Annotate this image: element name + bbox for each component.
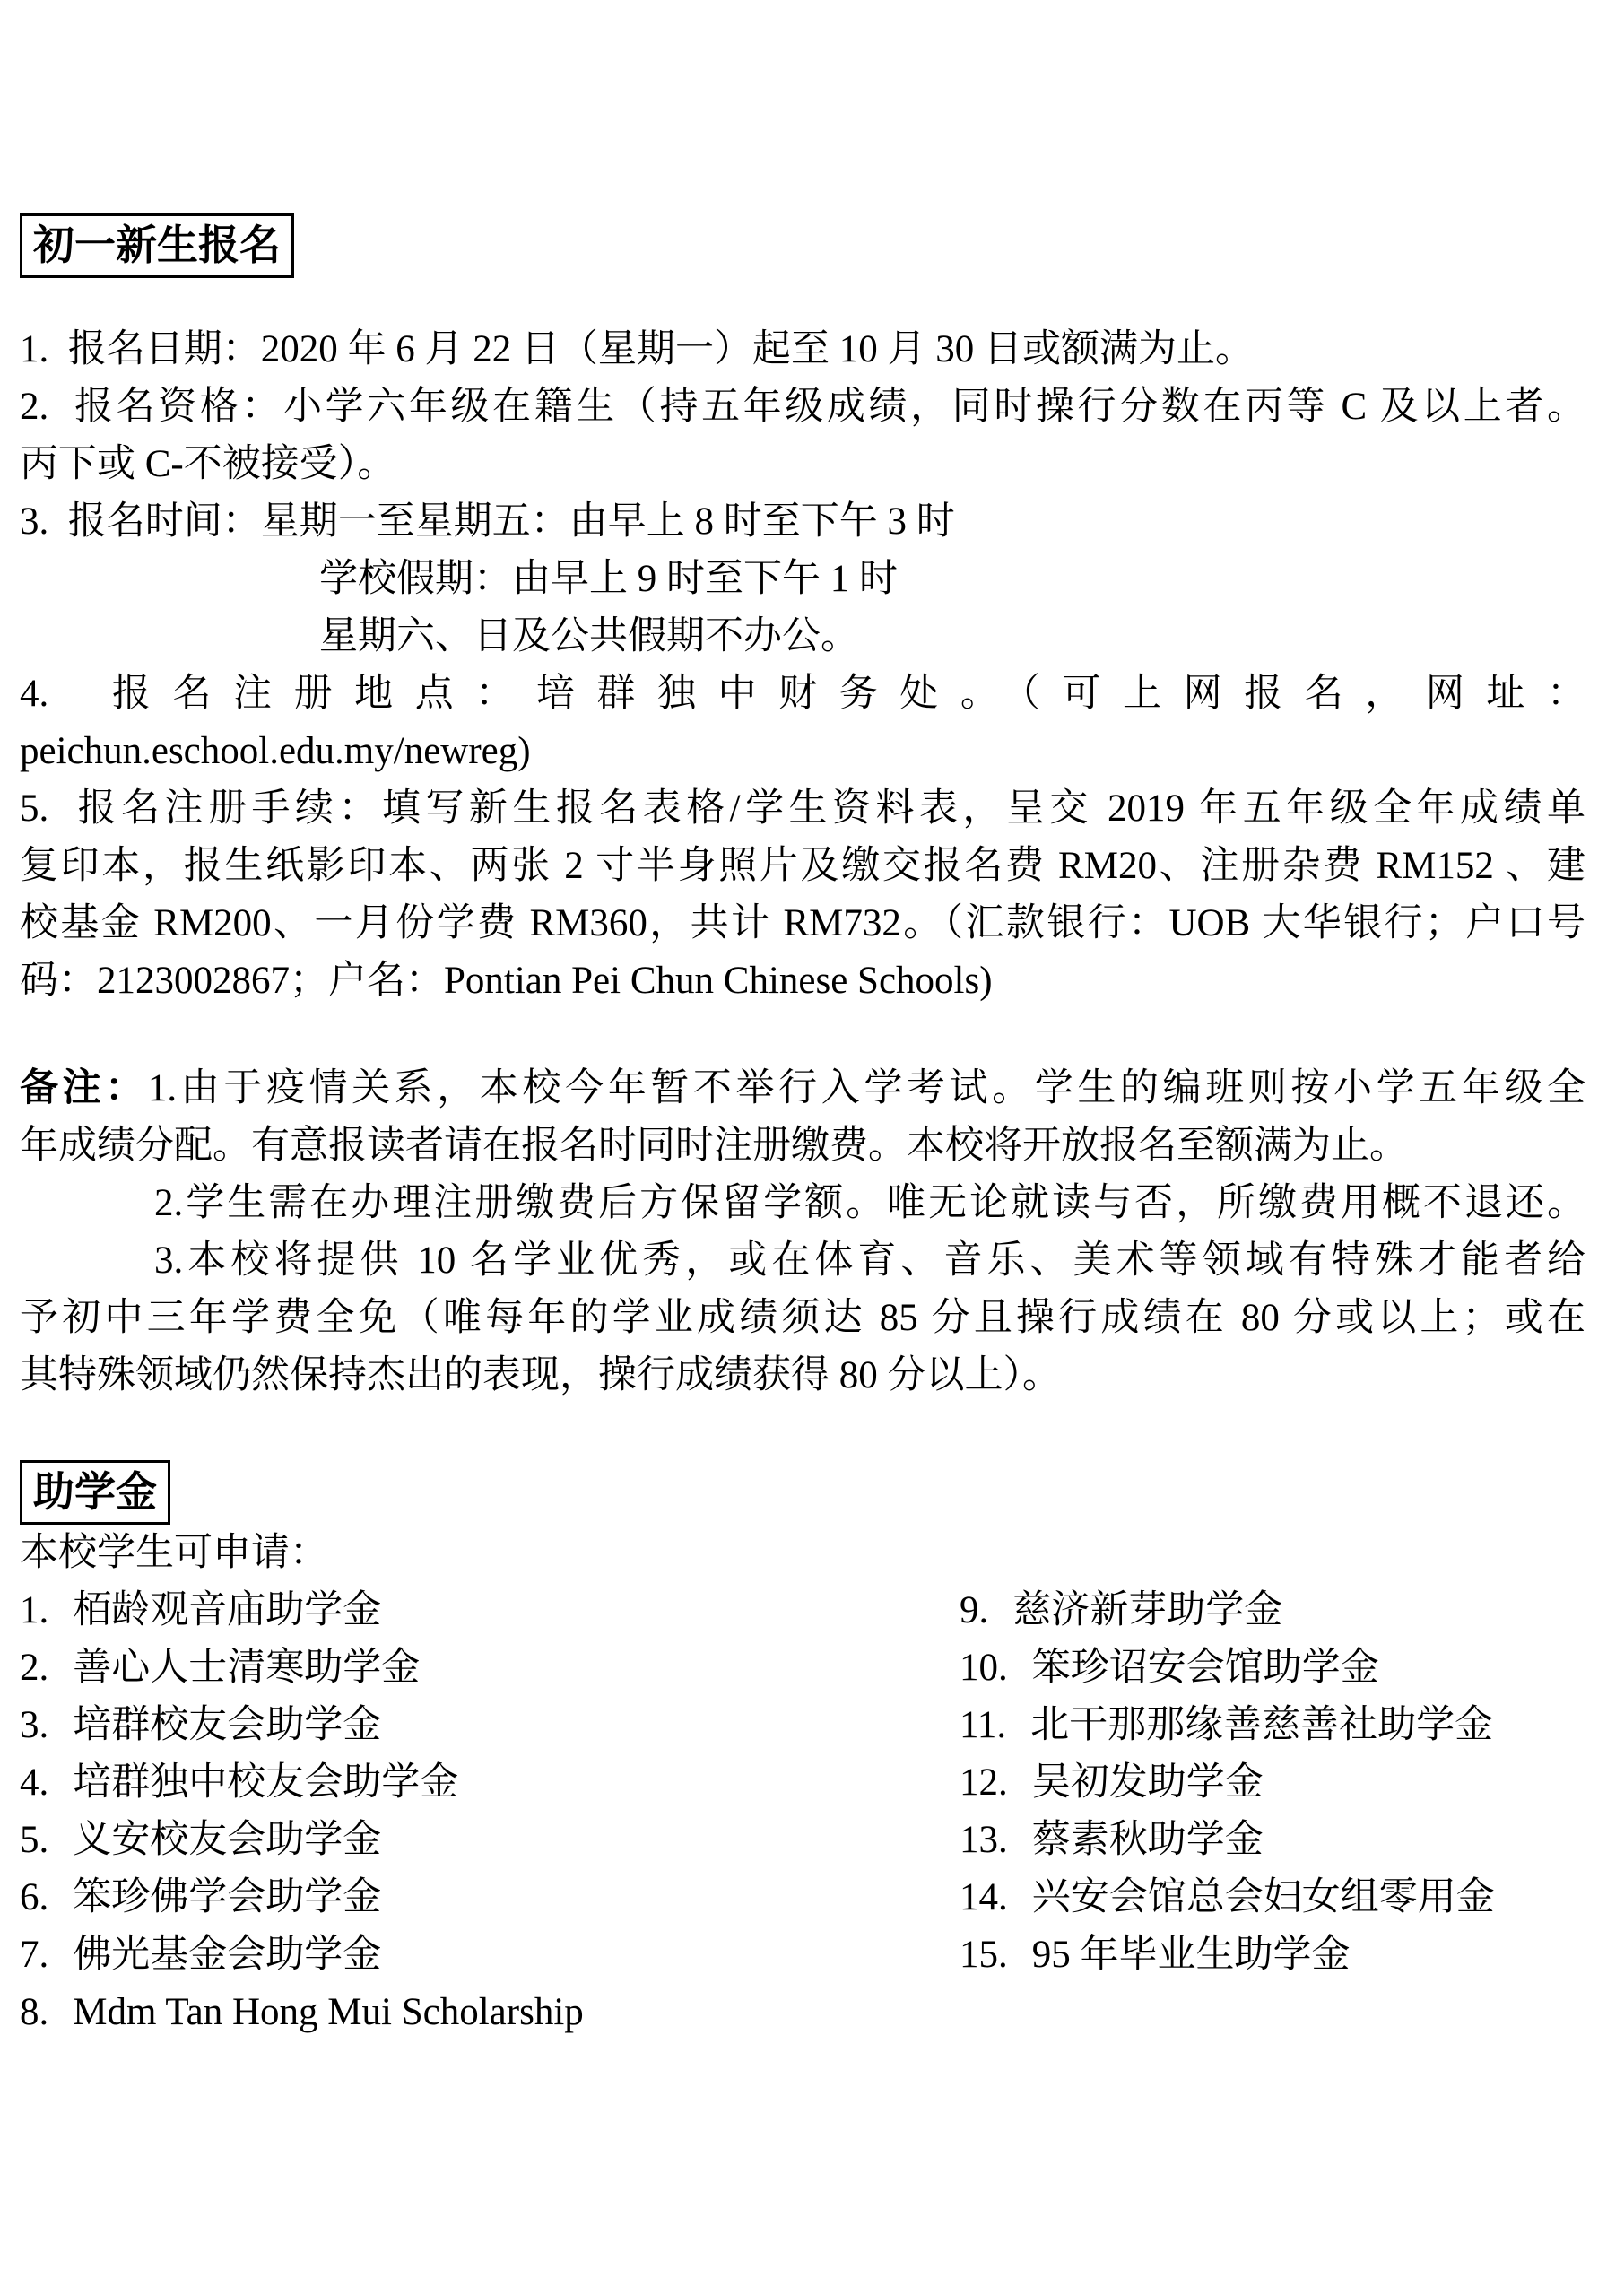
list-item-label: 慈济新芽助学金 — [1012, 1582, 1282, 1639]
list-item-label: Mdm Tan Hong Mui Scholarship — [73, 1984, 584, 2041]
list-item-label: 吴初发助学金 — [1032, 1754, 1264, 1812]
reg-line-1: 1. 报名日期：2020 年 6 月 22 日（星期一）起至 10 月 30 日… — [20, 321, 1585, 378]
list-item: 15.95 年毕业生助学金 — [960, 1926, 1585, 1984]
scholarship-list: 1.栢龄观音庙助学金 2.善心人士清寒助学金 3.培群校友会助学金 4.培群独中… — [20, 1582, 1585, 2041]
list-item: 13.蔡素秋助学金 — [960, 1812, 1585, 1869]
list-item-number: 7. — [20, 1926, 48, 1984]
list-item: 2.善心人士清寒助学金 — [20, 1639, 960, 1697]
list-item: 9.慈济新芽助学金 — [960, 1582, 1585, 1639]
remarks-section: 备注：1.由于疫情关系，本校今年暂不举行入学考试。学生的编班则按小学五年级全 年… — [20, 1060, 1585, 1405]
reg-line-5: 学校假期：由早上 9 时至下午 1 时 — [20, 551, 1585, 608]
reg-line-10: 复印本，报生纸影印本、两张 2 寸半身照片及缴交报名费 RM20、注册杂费 RM… — [20, 838, 1585, 895]
list-item-number: 6. — [20, 1869, 48, 1926]
list-item: 6.笨珍佛学会助学金 — [20, 1869, 960, 1926]
list-item-label: 佛光基金会助学金 — [73, 1926, 381, 1984]
list-item-label: 笨珍佛学会助学金 — [73, 1869, 381, 1926]
list-item-number: 4. — [20, 1754, 48, 1812]
list-item-label: 善心人士清寒助学金 — [73, 1639, 420, 1697]
list-item: 3.培群校友会助学金 — [20, 1697, 960, 1754]
note-line-5: 予初中三年学费全免（唯每年的学业成绩须达 85 分且操行成绩在 80 分或以上；… — [20, 1290, 1585, 1347]
note-line-6: 其特殊领域仍然保持杰出的表现，操行成绩获得 80 分以上）。 — [20, 1347, 1585, 1405]
reg-line-12: 码：2123002867；户名：Pontian Pei Chun Chinese… — [20, 952, 1585, 1010]
list-item-label: 培群校友会助学金 — [73, 1697, 381, 1754]
list-item: 11.北干那那缘善慈善社助学金 — [960, 1697, 1585, 1754]
list-item: 14.兴安会馆总会妇女组零用金 — [960, 1869, 1585, 1926]
list-item-label: 蔡素秋助学金 — [1032, 1812, 1264, 1869]
list-item-number: 1. — [20, 1582, 48, 1639]
list-item-label: 兴安会馆总会妇女组零用金 — [1032, 1869, 1495, 1926]
section-title-scholarship: 助学金 — [20, 1460, 170, 1525]
scholarship-list-left-column: 1.栢龄观音庙助学金 2.善心人士清寒助学金 3.培群校友会助学金 4.培群独中… — [20, 1582, 960, 2041]
reg-line-6: 星期六、日及公共假期不办公。 — [20, 608, 1585, 665]
note-line-4: 3.本校将提供 10 名学业优秀，或在体育、音乐、美术等领域有特殊才能者给 — [20, 1232, 1585, 1290]
reg-line-3: 丙下或 C-不被接受）。 — [20, 436, 1585, 493]
list-item: 10.笨珍诏安会馆助学金 — [960, 1639, 1585, 1697]
list-item-label: 义安校友会助学金 — [73, 1812, 381, 1869]
scholarship-list-right-column: 9.慈济新芽助学金 10.笨珍诏安会馆助学金 11.北干那那缘善慈善社助学金 1… — [960, 1582, 1585, 2041]
list-item-number: 5. — [20, 1812, 48, 1869]
list-item: 5.义安校友会助学金 — [20, 1812, 960, 1869]
list-item-number: 2. — [20, 1639, 48, 1697]
reg-line-4: 3. 报名时间：星期一至星期五：由早上 8 时至下午 3 时 — [20, 493, 1585, 551]
list-item-label: 栢龄观音庙助学金 — [73, 1582, 381, 1639]
list-item-label: 笨珍诏安会馆助学金 — [1032, 1639, 1379, 1697]
list-item-number: 15. — [960, 1926, 1008, 1984]
list-item-number: 13. — [960, 1812, 1008, 1869]
reg-line-7: 4. 报名注册地点：培群独中财务处。（可上网报名，网址： — [20, 665, 1585, 723]
list-item-number: 3. — [20, 1697, 48, 1754]
list-item-number: 14. — [960, 1869, 1008, 1926]
list-item-label: 培群独中校友会助学金 — [73, 1754, 458, 1812]
list-item-number: 11. — [960, 1697, 1006, 1754]
list-item-number: 10. — [960, 1639, 1008, 1697]
section-title-registration: 初一新生报名 — [20, 213, 294, 278]
document-page: 初一新生报名 1. 报名日期：2020 年 6 月 22 日（星期一）起至 10… — [0, 0, 1607, 2296]
scholarship-intro: 本校学生可申请： — [20, 1525, 1585, 1582]
list-item: 1.栢龄观音庙助学金 — [20, 1582, 960, 1639]
list-item: 12.吴初发助学金 — [960, 1754, 1585, 1812]
list-item-label: 95 年毕业生助学金 — [1032, 1926, 1351, 1984]
list-item: 8.Mdm Tan Hong Mui Scholarship — [20, 1984, 960, 2041]
list-item-number: 8. — [20, 1984, 48, 2041]
registration-section: 1. 报名日期：2020 年 6 月 22 日（星期一）起至 10 月 30 日… — [20, 321, 1585, 1010]
list-item: 7.佛光基金会助学金 — [20, 1926, 960, 1984]
note-line-1-text: 1.由于疫情关系，本校今年暂不举行入学考试。学生的编班则按小学五年级全 — [148, 1067, 1585, 1109]
list-item-label: 北干那那缘善慈善社助学金 — [1030, 1697, 1493, 1754]
list-item-number: 12. — [960, 1754, 1008, 1812]
note-line-1: 备注：1.由于疫情关系，本校今年暂不举行入学考试。学生的编班则按小学五年级全 — [20, 1060, 1585, 1118]
scholarship-section: 助学金 本校学生可申请： 1.栢龄观音庙助学金 2.善心人士清寒助学金 3.培群… — [20, 1460, 1585, 2041]
reg-line-11: 校基金 RM200、一月份学费 RM360，共计 RM732。（汇款银行：UOB… — [20, 895, 1585, 952]
note-line-2: 年成绩分配。有意报读者请在报名时同时注册缴费。本校将开放报名至额满为止。 — [20, 1118, 1585, 1175]
reg-line-8-url: peichun.eschool.edu.my/newreg) — [20, 723, 1585, 780]
list-item: 4.培群独中校友会助学金 — [20, 1754, 960, 1812]
reg-line-9: 5. 报名注册手续：填写新生报名表格/学生资料表，呈交 2019 年五年级全年成… — [20, 780, 1585, 838]
note-line-3: 2.学生需在办理注册缴费后方保留学额。唯无论就读与否，所缴费用概不退还。 — [20, 1175, 1585, 1232]
list-item-number: 9. — [960, 1582, 988, 1639]
remarks-label: 备注： — [20, 1067, 148, 1109]
reg-line-2: 2. 报名资格：小学六年级在籍生（持五年级成绩，同时操行分数在丙等 C 及以上者… — [20, 378, 1585, 436]
